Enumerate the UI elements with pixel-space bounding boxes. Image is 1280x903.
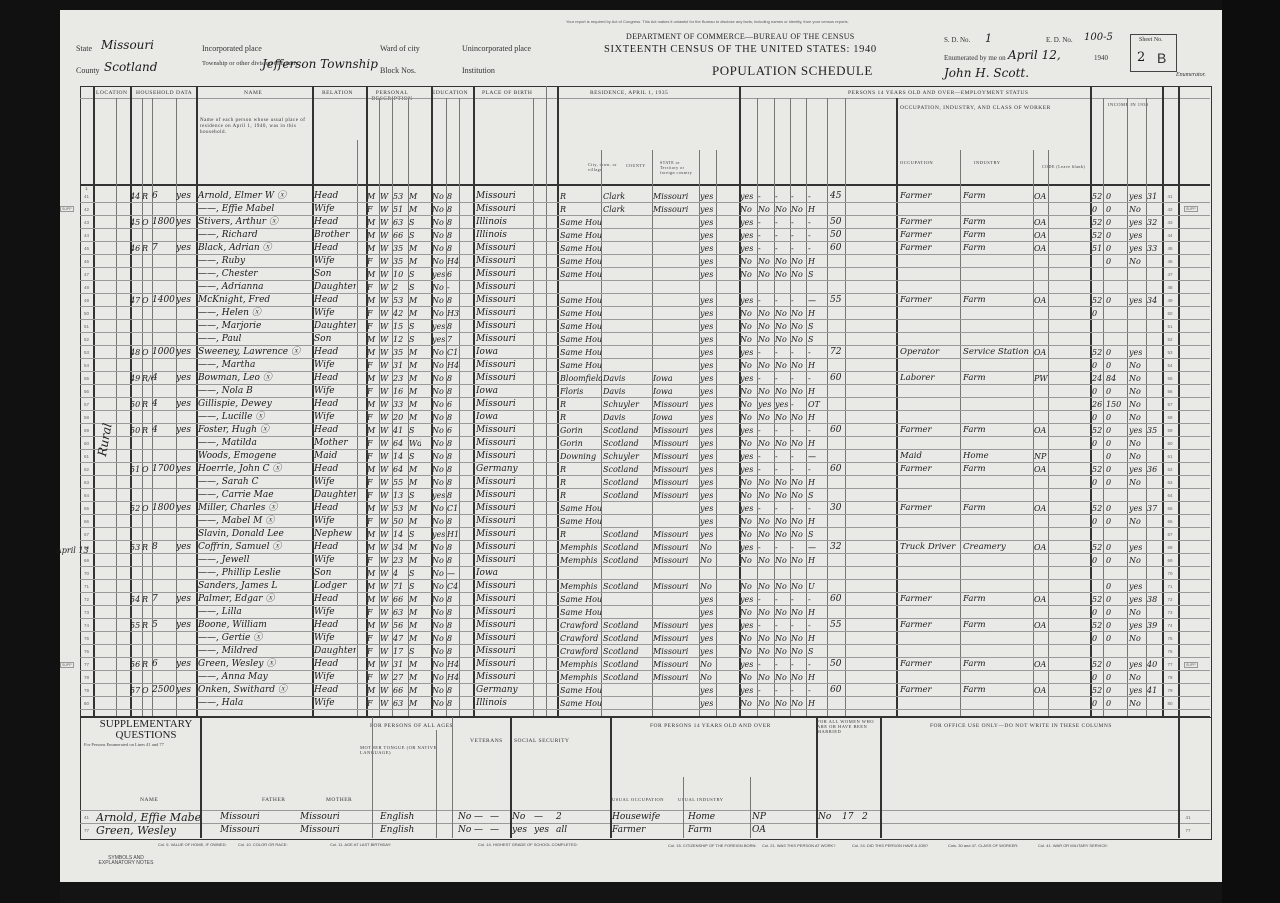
- cell-occ: Farmer: [900, 502, 960, 515]
- cell-sch: No: [432, 242, 446, 255]
- cell-work: yes: [740, 463, 757, 476]
- cell-other: yes: [1129, 463, 1146, 476]
- supp-cell-v2: —: [474, 811, 486, 824]
- cell-name: Black, Adrian ⓧ: [198, 242, 310, 255]
- cell-sch: yes: [432, 528, 446, 541]
- cell-pub: No: [758, 515, 774, 528]
- cell-farm35: [700, 281, 716, 294]
- cell-own: R: [142, 541, 152, 554]
- cell-house: 52: [130, 502, 142, 515]
- cell-cls: OA: [1034, 684, 1048, 697]
- cell-race: W: [380, 346, 392, 359]
- cell-wages: [1106, 281, 1126, 294]
- cell-house: [130, 320, 142, 333]
- cell-sched: [1147, 528, 1162, 541]
- cell-work: No: [740, 307, 757, 320]
- cell-line: 64: [80, 489, 93, 502]
- cell-pub: No: [758, 255, 774, 268]
- cell-race: W: [380, 528, 392, 541]
- cell-county35: [603, 697, 651, 710]
- cell-state35: Iowa: [653, 411, 699, 424]
- cell-race: W: [380, 541, 392, 554]
- cell-work: No: [740, 515, 757, 528]
- cell-hours: 55: [830, 619, 844, 632]
- cell-sex: F: [367, 645, 379, 658]
- cell-sched: 33: [1147, 242, 1162, 255]
- note-col30: Cols. 30 and 47. CLASS OF WORKER:: [948, 843, 1018, 848]
- cell-house: [130, 645, 142, 658]
- cell-work: No: [740, 632, 757, 645]
- cell-age: 71: [393, 580, 408, 593]
- cell-work: yes: [740, 684, 757, 697]
- cell-rel: Head: [314, 541, 356, 554]
- supplementary-row: 41Arnold, Effie MabelMissouriMissouriEng…: [80, 811, 1210, 824]
- supp-cell-lang: English: [380, 824, 436, 837]
- cell-farm: [176, 476, 196, 489]
- cell-race: W: [380, 320, 392, 333]
- institution-label: Institution: [462, 66, 495, 75]
- cell-sex: M: [367, 346, 379, 359]
- cell-other: [1129, 307, 1146, 320]
- cell-job: No: [791, 255, 806, 268]
- cell-house: 48: [130, 346, 142, 359]
- cell-ind: Farm: [963, 593, 1033, 606]
- cell-rel: Wife: [314, 606, 356, 619]
- cell-farm35: yes: [700, 632, 716, 645]
- cell-other: No: [1129, 515, 1146, 528]
- cell-birth: Iowa: [476, 385, 532, 398]
- cell-sched: [1147, 281, 1162, 294]
- cell-sex: F: [367, 281, 379, 294]
- cell-sched: [1147, 255, 1162, 268]
- ward-label: Ward of city: [380, 44, 420, 53]
- cell-sch: No: [432, 346, 446, 359]
- cell-own: [142, 476, 152, 489]
- cell-work: yes: [740, 450, 757, 463]
- cell-age: 31: [393, 359, 408, 372]
- cell-hours: [830, 476, 844, 489]
- cell-line: 66: [1162, 515, 1178, 528]
- cell-county35: [603, 255, 651, 268]
- cell-own: [142, 411, 152, 424]
- cell-other: yes: [1129, 593, 1146, 606]
- cell-line: 57: [80, 398, 93, 411]
- cell-wages: 0: [1106, 632, 1126, 645]
- cell-birth: Missouri: [476, 372, 532, 385]
- cell-wages: [1106, 268, 1126, 281]
- cell-job: No: [791, 645, 806, 658]
- cell-weeks: [1092, 320, 1103, 333]
- cell-farm: yes: [176, 424, 196, 437]
- cell-county35: Clark: [603, 203, 651, 216]
- cell-pub: -: [758, 424, 774, 437]
- cell-grade: H4: [447, 359, 459, 372]
- cell-grade: H1: [447, 528, 459, 541]
- cell-weeks: [1092, 528, 1103, 541]
- cell-farm: [176, 606, 196, 619]
- cell-state35: [653, 697, 699, 710]
- cell-value: [152, 268, 176, 281]
- cell-state35: Missouri: [653, 437, 699, 450]
- cell-line: 70: [80, 567, 93, 580]
- cell-pub: No: [758, 359, 774, 372]
- cell-weeks: 0: [1092, 359, 1103, 372]
- cell-work: No: [740, 671, 757, 684]
- cell-seek: No: [775, 554, 790, 567]
- cell-name: ——, Martha: [198, 359, 310, 372]
- cell-weeks: [1092, 489, 1103, 502]
- cell-city35: Same House: [560, 229, 602, 242]
- cell-line: 65: [1162, 502, 1178, 515]
- cell-value: [152, 567, 176, 580]
- cell-sch: No: [432, 567, 446, 580]
- cell-code: S: [808, 528, 826, 541]
- cell-age: 23: [393, 372, 408, 385]
- cell-hours: 45: [830, 190, 844, 203]
- table-row: 66——, Mabel M ⓧWifeFW50MNo8MissouriSame …: [80, 515, 1210, 528]
- cell-age: 14: [393, 528, 408, 541]
- cell-rel: Wife: [314, 385, 356, 398]
- cell-sex: F: [367, 697, 379, 710]
- cell-seek: No: [775, 515, 790, 528]
- cell-house: 47: [130, 294, 142, 307]
- cell-county35: Davis: [603, 372, 651, 385]
- cell-weeks: 0: [1092, 632, 1103, 645]
- cell-seek: -: [775, 372, 790, 385]
- cell-rel: Head: [314, 294, 356, 307]
- census-title: SIXTEENTH CENSUS OF THE UNITED STATES: 1…: [604, 44, 877, 55]
- cell-own: [142, 437, 152, 450]
- cell-sch: No: [432, 645, 446, 658]
- cell-city35: Same House: [560, 333, 602, 346]
- cell-weeks: 0: [1092, 307, 1103, 320]
- cell-ms: M: [409, 697, 421, 710]
- cell-wages: 0: [1106, 502, 1126, 515]
- state-value: Missouri: [101, 38, 154, 52]
- cell-age: 12: [393, 333, 408, 346]
- cell-occ: Farmer: [900, 229, 960, 242]
- cell-pub: -: [758, 684, 774, 697]
- cell-hours: [830, 333, 844, 346]
- cell-county35: Scotland: [603, 658, 651, 671]
- cell-sex: M: [367, 333, 379, 346]
- cell-county35: [603, 567, 651, 580]
- cell-farm: [176, 203, 196, 216]
- cell-pub: No: [758, 606, 774, 619]
- table-row: 73——, LillaWifeFW63MNo8MissouriSame Hous…: [80, 606, 1210, 619]
- cell-state35: [653, 684, 699, 697]
- cell-line: 55: [1162, 372, 1178, 385]
- cell-rel: Head: [314, 619, 356, 632]
- cell-name: Arnold, Elmer W ⓧ: [198, 190, 310, 203]
- sheet-number-box: Sheet No. 2 B: [1130, 34, 1177, 72]
- cell-county35: [603, 268, 651, 281]
- cell-race: W: [380, 242, 392, 255]
- cell-line: 51: [1162, 320, 1178, 333]
- cell-weeks: 52: [1092, 684, 1103, 697]
- cell-farm: [176, 320, 196, 333]
- cell-code: -: [808, 242, 826, 255]
- cell-line: 80: [80, 697, 93, 710]
- cell-own: [142, 203, 152, 216]
- cell-line: 67: [1162, 528, 1178, 541]
- cell-occ: [900, 203, 960, 216]
- cell-job: No: [791, 476, 806, 489]
- supp-all-ages: FOR PERSONS OF ALL AGES: [370, 723, 453, 729]
- cell-grade: 8: [447, 515, 459, 528]
- cell-hours: 60: [830, 424, 844, 437]
- supp-col-ss: SOCIAL SECURITY: [514, 738, 569, 744]
- cell-job: No: [791, 320, 806, 333]
- cell-job: No: [791, 515, 806, 528]
- cell-race: W: [380, 580, 392, 593]
- cell-work: No: [740, 697, 757, 710]
- cell-wages: 0: [1106, 593, 1126, 606]
- cell-value: [152, 359, 176, 372]
- cell-code: -: [808, 502, 826, 515]
- cell-farm: [176, 489, 196, 502]
- cell-race: W: [380, 658, 392, 671]
- cell-sched: 41: [1147, 684, 1162, 697]
- cell-hours: 60: [830, 242, 844, 255]
- cell-code: —: [808, 294, 826, 307]
- cell-code: -: [808, 372, 826, 385]
- cell-ms: M: [409, 255, 421, 268]
- cell-city35: Floris: [560, 385, 602, 398]
- cell-race: W: [380, 684, 392, 697]
- cell-sched: 39: [1147, 619, 1162, 632]
- cell-weeks: [1092, 645, 1103, 658]
- cell-ms: S: [409, 216, 421, 229]
- cell-weeks: 52: [1092, 216, 1103, 229]
- supp-cell-ss2: —: [534, 811, 554, 824]
- table-row: 69——, JewellWifeFW23MNo8MissouriMemphisS…: [80, 554, 1210, 567]
- cell-age: 64: [393, 463, 408, 476]
- cell-city35: Crawford: [560, 645, 602, 658]
- cell-job: -: [791, 398, 806, 411]
- cell-county35: Scotland: [603, 424, 651, 437]
- cell-line: 60: [1162, 437, 1178, 450]
- cell-age: 53: [393, 190, 408, 203]
- cell-farm: [176, 255, 196, 268]
- cell-ms: S: [409, 424, 421, 437]
- cell-seek: No: [775, 359, 790, 372]
- cell-sch: yes: [432, 320, 446, 333]
- scan-border-bottom: [60, 882, 1222, 903]
- enumerated-label: Enumerated by me on: [944, 54, 1006, 62]
- sheet-side: B: [1157, 50, 1166, 66]
- cell-seek: No: [775, 255, 790, 268]
- cell-wages: 0: [1106, 437, 1126, 450]
- cell-pub: No: [758, 307, 774, 320]
- cell-weeks: [1092, 450, 1103, 463]
- cell-sex: F: [367, 385, 379, 398]
- cell-birth: Missouri: [476, 502, 532, 515]
- cell-race: W: [380, 294, 392, 307]
- section-education: EDUCATION: [432, 90, 468, 96]
- cell-sex: F: [367, 476, 379, 489]
- cell-hours: [830, 450, 844, 463]
- cell-line: 76: [80, 645, 93, 658]
- cell-grade: 8: [447, 229, 459, 242]
- cell-age: 53: [393, 502, 408, 515]
- cell-sched: [1147, 489, 1162, 502]
- cell-other: yes: [1129, 684, 1146, 697]
- cell-sex: F: [367, 671, 379, 684]
- cell-work: No: [740, 203, 757, 216]
- cell-ind: [963, 671, 1033, 684]
- cell-sched: 35: [1147, 424, 1162, 437]
- cell-other: No: [1129, 255, 1146, 268]
- cell-sex: M: [367, 528, 379, 541]
- cell-hours: 50: [830, 229, 844, 242]
- cell-seek: No: [775, 437, 790, 450]
- cell-wages: 0: [1106, 450, 1126, 463]
- cell-value: [152, 385, 176, 398]
- cell-farm: [176, 697, 196, 710]
- cell-farm: yes: [176, 684, 196, 697]
- cell-line: 72: [1162, 593, 1178, 606]
- cell-weeks: [1092, 255, 1103, 268]
- cell-sched: [1147, 645, 1162, 658]
- cell-job: -: [791, 424, 806, 437]
- cell-job: No: [791, 528, 806, 541]
- cell-work: yes: [740, 216, 757, 229]
- cell-birth: Missouri: [476, 632, 532, 645]
- cell-farm35: yes: [700, 229, 716, 242]
- cell-race: W: [380, 281, 392, 294]
- cell-value: [152, 307, 176, 320]
- cell-farm: yes: [176, 593, 196, 606]
- cell-own: [142, 606, 152, 619]
- cell-ind: [963, 255, 1033, 268]
- cell-value: [152, 632, 176, 645]
- cell-pub: [758, 281, 774, 294]
- cell-cls: [1034, 697, 1048, 710]
- cell-cls: [1034, 515, 1048, 528]
- cell-value: 6: [152, 190, 176, 203]
- cell-house: 51: [130, 463, 142, 476]
- cell-sch: No: [432, 697, 446, 710]
- cell-house: [130, 580, 142, 593]
- cell-age: 56: [393, 619, 408, 632]
- cell-wages: 0: [1106, 619, 1126, 632]
- cell-race: W: [380, 554, 392, 567]
- cell-rel: Wife: [314, 515, 356, 528]
- cell-sched: 32: [1147, 216, 1162, 229]
- cell-county35: Scotland: [603, 580, 651, 593]
- cell-own: [142, 528, 152, 541]
- cell-hours: [830, 632, 844, 645]
- cell-work: yes: [740, 372, 757, 385]
- cell-seek: No: [775, 411, 790, 424]
- cell-state35: [653, 255, 699, 268]
- cell-county35: Schuyler: [603, 398, 651, 411]
- cell-farm: yes: [176, 346, 196, 359]
- cell-line: 46: [80, 255, 93, 268]
- cell-sched: [1147, 541, 1162, 554]
- cell-county35: Clark: [603, 190, 651, 203]
- supp-col-name: NAME: [140, 797, 158, 803]
- supp-col-uocc: USUAL OCCUPATION: [612, 797, 664, 802]
- cell-state35: Missouri: [653, 489, 699, 502]
- cell-house: [130, 385, 142, 398]
- cell-city35: R: [560, 463, 602, 476]
- cell-line: 69: [80, 554, 93, 567]
- cell-sex: M: [367, 242, 379, 255]
- cell-own: R: [142, 398, 152, 411]
- cell-work: yes: [740, 593, 757, 606]
- cell-state35: Missouri: [653, 671, 699, 684]
- cell-age: 23: [393, 554, 408, 567]
- cell-occ: [900, 476, 960, 489]
- cell-county35: [603, 320, 651, 333]
- cell-name: ——, Adrianna: [198, 281, 310, 294]
- cell-line: 77: [1162, 658, 1178, 671]
- cell-occ: [900, 567, 960, 580]
- cell-work: yes: [740, 658, 757, 671]
- cell-grade: C1: [447, 346, 459, 359]
- cell-grade: 8: [447, 437, 459, 450]
- cell-hours: [830, 515, 844, 528]
- cell-name: ——, Helen ⓧ: [198, 307, 310, 320]
- cell-work: No: [740, 489, 757, 502]
- cell-ms: S: [409, 528, 421, 541]
- cell-cls: OA: [1034, 463, 1048, 476]
- cell-work: yes: [740, 242, 757, 255]
- cell-ind: [963, 281, 1033, 294]
- cell-ms: M: [409, 554, 421, 567]
- cell-ms: M: [409, 619, 421, 632]
- table-row: 75——, Gertie ⓧWifeFW47MNo8MissouriCrawfo…: [80, 632, 1210, 645]
- cell-wages: [1106, 320, 1126, 333]
- cell-grade: 7: [447, 333, 459, 346]
- cell-occ: [900, 281, 960, 294]
- cell-city35: Memphis: [560, 580, 602, 593]
- cell-sch: No: [432, 385, 446, 398]
- cell-value: [152, 255, 176, 268]
- cell-other: yes: [1129, 580, 1146, 593]
- cell-line: 78: [1162, 671, 1178, 684]
- cell-occ: Farmer: [900, 619, 960, 632]
- cell-race: W: [380, 216, 392, 229]
- cell-code: H: [808, 411, 826, 424]
- cell-farm: [176, 580, 196, 593]
- cell-farm: [176, 359, 196, 372]
- cell-sched: [1147, 697, 1162, 710]
- cell-line: 52: [1162, 333, 1178, 346]
- cell-sex: M: [367, 372, 379, 385]
- cell-race: W: [380, 203, 392, 216]
- supp-col-vet: VETERANS: [470, 738, 503, 744]
- cell-farm35: yes: [700, 242, 716, 255]
- cell-weeks: 52: [1092, 593, 1103, 606]
- cell-value: [152, 697, 176, 710]
- cell-seek: -: [775, 294, 790, 307]
- cell-seek: No: [775, 385, 790, 398]
- cell-seek: No: [775, 333, 790, 346]
- table-row: 5750R4yesGillispie, DeweyHeadMW33MNo6Mis…: [80, 398, 1210, 411]
- cell-hours: [830, 567, 844, 580]
- cell-weeks: 0: [1092, 554, 1103, 567]
- cell-state35: [653, 593, 699, 606]
- cell-farm35: yes: [700, 593, 716, 606]
- cell-sch: No: [432, 541, 446, 554]
- cell-ind: [963, 567, 1033, 580]
- cell-pub: -: [758, 190, 774, 203]
- cell-value: [152, 515, 176, 528]
- cell-occ: [900, 437, 960, 450]
